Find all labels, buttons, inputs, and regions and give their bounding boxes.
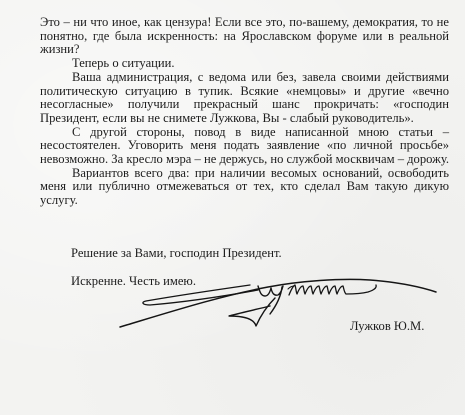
scanned-letter-page: Это – ни что иное, как цензура! Если все…: [0, 0, 465, 415]
signer-name: Лужков Ю.М.: [350, 319, 424, 333]
closing-decision: Решение за Вами, господин Президент.: [71, 246, 282, 260]
paragraph-situation-heading: Теперь о ситуации.: [40, 57, 449, 71]
paragraph-other-side: С другой стороны, повод в виде написанно…: [40, 126, 449, 167]
paragraph-options: Вариантов всего два: при наличии весомых…: [40, 167, 449, 208]
letter-body: Это – ни что иное, как цензура! Если все…: [40, 16, 449, 208]
paragraph-censorship: Это – ни что иное, как цензура! Если все…: [40, 16, 449, 57]
closing-sincerely: Искренне. Честь имею.: [71, 274, 196, 288]
paragraph-administration: Ваша администрация, с ведома или без, за…: [40, 71, 449, 126]
